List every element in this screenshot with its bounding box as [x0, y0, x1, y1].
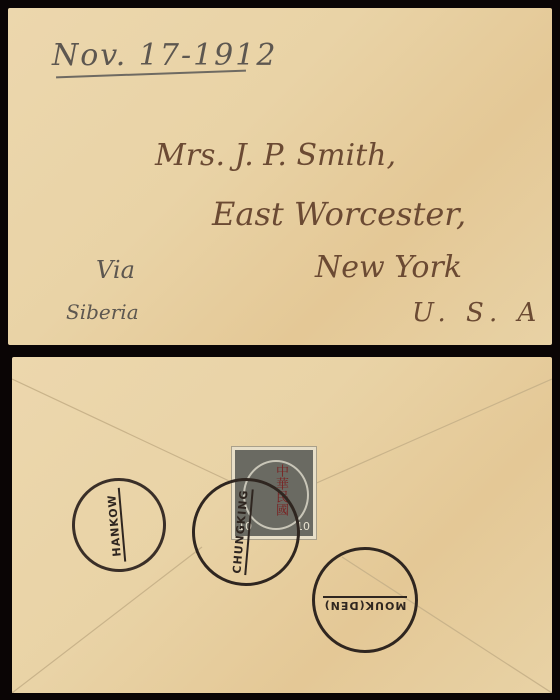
routing-line-2: Siberia	[66, 300, 139, 324]
address-line-3: New York	[315, 250, 462, 285]
address-line-4: U. S. A	[412, 298, 542, 328]
address-line-1: Mrs. J. P. Smith,	[155, 138, 396, 173]
date-annotation: Nov. 17-1912	[52, 38, 277, 73]
address-line-2: East Worcester,	[212, 195, 466, 233]
routing-line-1: Via	[96, 256, 135, 284]
postmark-moukden: MOUK(DEN)	[312, 547, 418, 653]
